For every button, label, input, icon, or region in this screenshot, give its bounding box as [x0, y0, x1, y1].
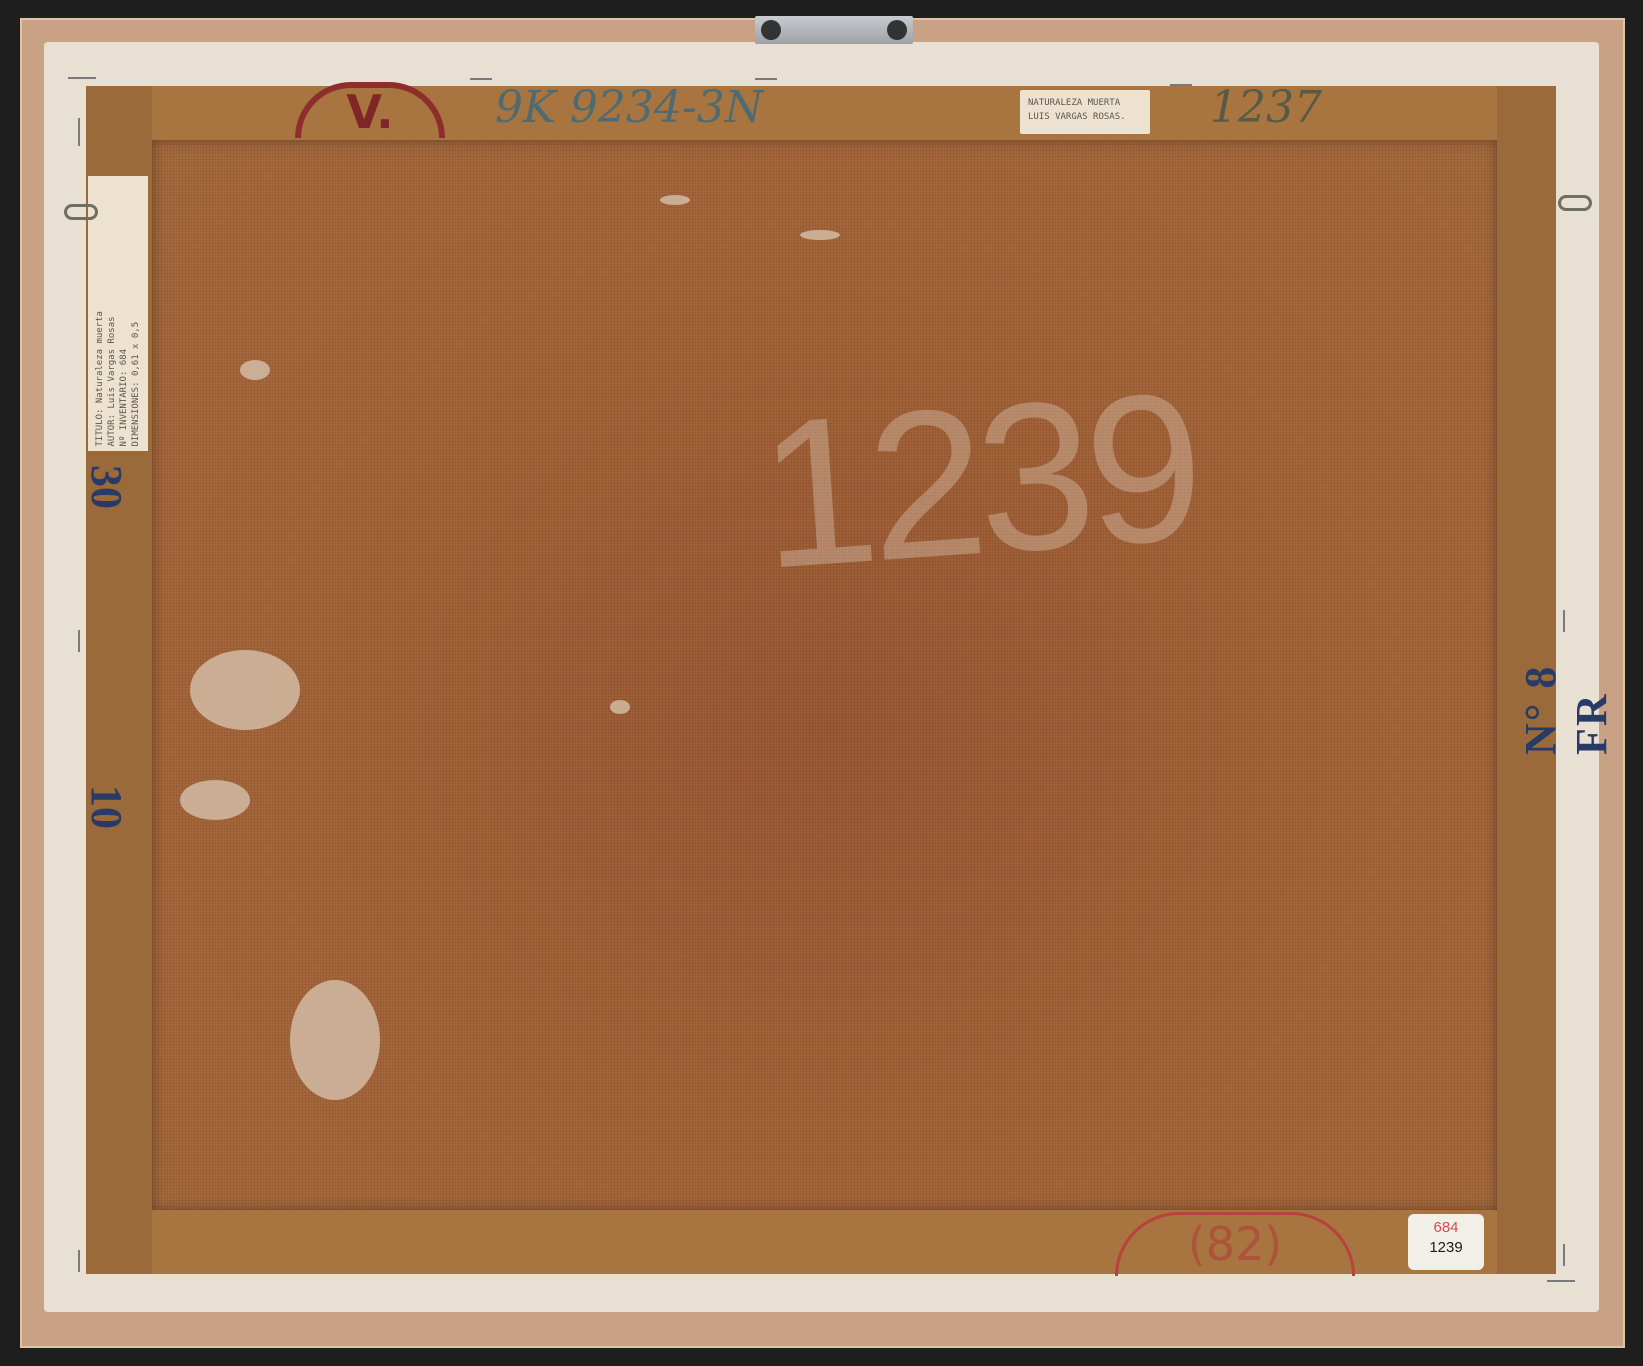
label-title-line: NATURALEZA MUERTA — [1028, 96, 1150, 110]
catalog-inventory: Nº INVENTARIO: 684 — [118, 181, 130, 446]
screw-icon — [887, 20, 907, 40]
paint-fleck — [610, 700, 630, 714]
staple — [1547, 1280, 1575, 1282]
left-ring-icon — [64, 204, 98, 220]
inventory-number-black: 1239 — [1408, 1238, 1484, 1258]
catalog-dimensions: DIMENSIONES: 0,61 x 0,5 — [130, 181, 142, 446]
stencil-number-lower: 10 — [81, 785, 132, 829]
right-ring-icon — [1558, 195, 1592, 211]
red-circle-stamp: (82) — [1115, 1212, 1355, 1276]
staple — [755, 78, 777, 80]
staple — [78, 118, 80, 146]
label-artist-line: LUIS VARGAS ROSAS. — [1028, 110, 1150, 124]
chalk-number: 1239 — [752, 345, 1203, 617]
title-label: NATURALEZA MUERTA LUIS VARGAS ROSAS. — [1020, 90, 1150, 134]
inventory-number-red: 684 — [1408, 1218, 1484, 1238]
stencil-number-upper: 30 — [81, 465, 132, 509]
staple — [78, 1250, 80, 1272]
stencil-size-mark: N° 8 FR — [1515, 627, 1617, 755]
sawtooth-hanger-icon — [755, 16, 913, 44]
catalog-author: AUTOR: Luis Vargas Rosas — [106, 181, 118, 446]
paint-fleck — [800, 230, 840, 240]
paint-fleck — [180, 780, 250, 820]
staple — [68, 77, 96, 79]
catalog-label: TITULO: Naturaleza muerta AUTOR: Luis Va… — [88, 176, 148, 451]
paint-fleck — [240, 360, 270, 380]
marker-number: 1237 — [1210, 82, 1322, 133]
staple — [78, 630, 80, 652]
staple — [470, 78, 492, 80]
screw-icon — [761, 20, 781, 40]
paint-fleck — [190, 650, 300, 730]
paint-fleck — [660, 195, 690, 205]
blue-pencil-marks: 9K 9234-3N — [495, 82, 763, 133]
paint-fleck — [290, 980, 380, 1100]
catalog-title: TITULO: Naturaleza muerta — [94, 181, 106, 446]
staple — [1563, 1244, 1565, 1266]
inventory-sticker: 684 1239 — [1408, 1214, 1484, 1270]
